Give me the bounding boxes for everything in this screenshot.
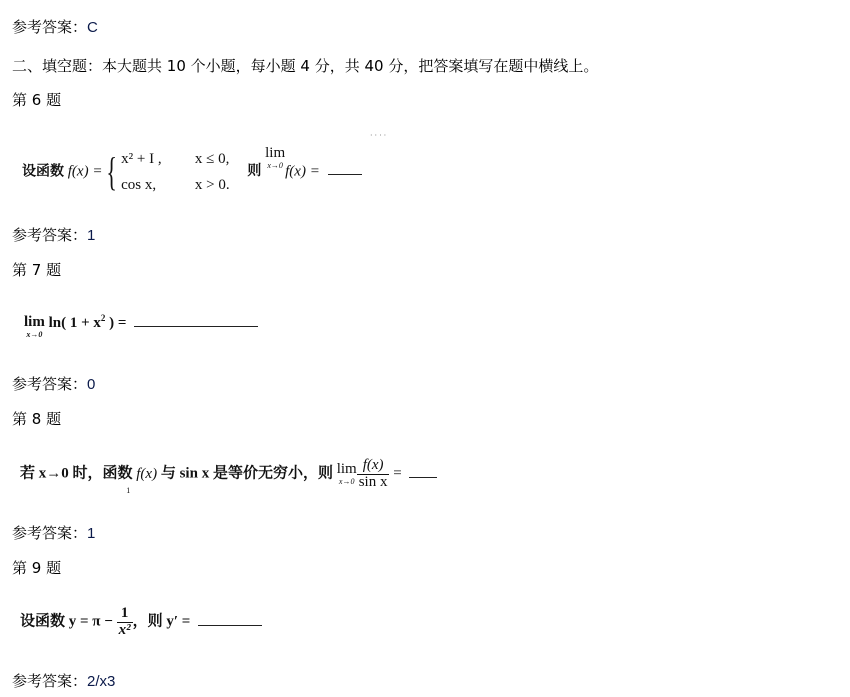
piecewise-cases: x² + I , x ≤ 0, cos x, x > 0. xyxy=(121,146,229,198)
function-name: f(x) xyxy=(136,466,157,482)
numerator: f(x) xyxy=(357,458,390,475)
question-9-stem: 设函数 y = π − 1x²，则 y′ = xyxy=(20,606,262,639)
left-brace: { xyxy=(107,152,118,192)
case-1-expression: x² + I , xyxy=(121,146,191,172)
limit: limx→0 xyxy=(24,315,45,339)
limit-operator: lim xyxy=(24,314,45,330)
section-heading: 二、填空题：本大题共 10 个小题，每小题 4 分，共 40 分，把答案填写在题… xyxy=(12,56,598,76)
answer-label: 参考答案： xyxy=(12,375,87,393)
function-subscript: 1 xyxy=(126,486,130,495)
case-2-condition: x > 0. xyxy=(195,172,230,198)
answer-label: 参考答案： xyxy=(12,524,87,542)
limit-subscript: x→0 xyxy=(265,162,285,170)
limit: limx→0 xyxy=(265,146,285,170)
answer-blank xyxy=(409,476,437,478)
question-7-stem: limx→0 ln( 1 + x2 ) = xyxy=(24,315,258,339)
answer-value: 1 xyxy=(87,227,95,244)
stem-suffix: ，则 y′ = xyxy=(133,614,191,630)
case-1-condition: x ≤ 0, xyxy=(195,146,229,172)
question-8-answer: 参考答案：1 xyxy=(12,523,95,544)
limit-subscript: x→0 xyxy=(24,331,45,339)
question-9-answer: 参考答案：2/x3 xyxy=(12,671,115,692)
denominator: x² xyxy=(117,623,133,639)
question-6-title: 第 6 题 xyxy=(12,90,61,110)
question-6-answer: 参考答案：1 xyxy=(12,225,95,246)
question-7-title: 第 7 题 xyxy=(12,260,61,280)
question-8-title: 第 8 题 xyxy=(12,409,61,429)
limit-operator: lim xyxy=(265,145,285,161)
fraction: 1x² xyxy=(117,606,133,639)
limit-subscript: x→0 xyxy=(337,478,357,486)
answer-value: C xyxy=(87,19,98,36)
expression-tail: ) = xyxy=(109,315,126,331)
answer-blank xyxy=(134,325,258,327)
answer-label: 参考答案： xyxy=(12,672,87,690)
question-9-title: 第 9 题 xyxy=(12,558,61,578)
previous-answer: 参考答案：C xyxy=(12,17,98,38)
decorative-dots: ···· xyxy=(370,131,388,140)
answer-label: 参考答案： xyxy=(12,18,87,36)
equals-sign: = xyxy=(393,466,401,482)
fraction: f(x)sin x xyxy=(357,458,390,491)
expression: ln( 1 + x xyxy=(49,315,101,331)
stem-then: 则 xyxy=(247,163,261,179)
denominator: sin x xyxy=(357,475,390,491)
limit-expression: f(x) = xyxy=(285,163,320,179)
stem-part-2: 与 sin x 是等价无穷小，则 xyxy=(161,466,333,482)
case-2-expression: cos x, xyxy=(121,172,191,198)
limit: limx→0 xyxy=(337,462,357,486)
question-7-answer: 参考答案：0 xyxy=(12,374,95,395)
answer-label: 参考答案： xyxy=(12,226,87,244)
answer-value: 2/x3 xyxy=(87,673,115,690)
answer-value: 1 xyxy=(87,525,95,542)
answer-value: 0 xyxy=(87,376,95,393)
limit-operator: lim xyxy=(337,461,357,477)
stem-prefix: 设函数 xyxy=(22,163,64,179)
answer-blank xyxy=(198,624,262,626)
question-6-stem: 设函数 f(x) = { x² + I , x ≤ 0, cos x, x > … xyxy=(22,146,362,198)
question-8-stem: 若 x→0 时，函数 f(x)1 与 sin x 是等价无穷小，则 limx→0… xyxy=(20,458,437,491)
answer-blank xyxy=(328,173,362,175)
numerator: 1 xyxy=(117,606,133,623)
exponent: 2 xyxy=(101,313,106,323)
stem-part-1: 若 x→0 时，函数 xyxy=(20,466,133,482)
stem-prefix: 设函数 y = π − xyxy=(20,614,113,630)
function-name: f(x) = xyxy=(68,163,103,179)
